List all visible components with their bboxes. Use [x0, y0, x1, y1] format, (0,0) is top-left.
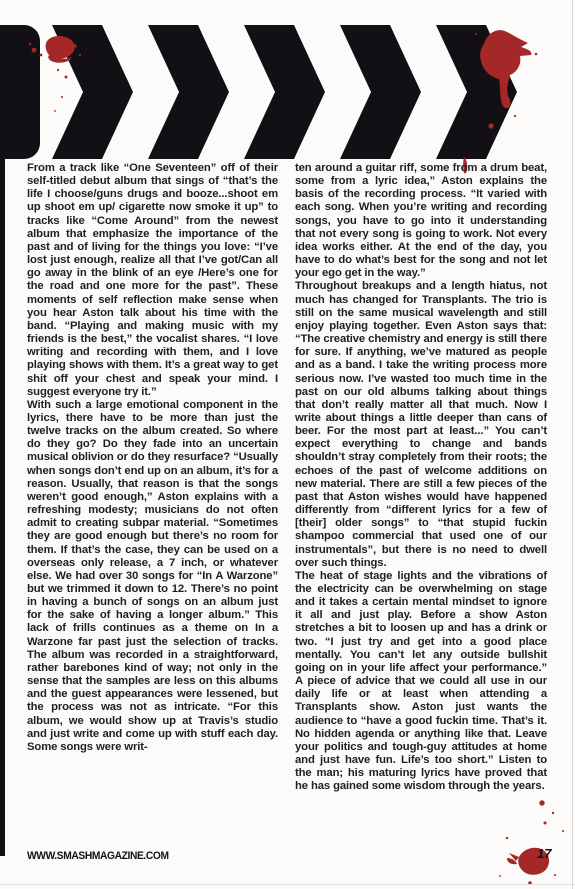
- article-paragraph: Throughout breakups and a length hiatus,…: [295, 280, 547, 569]
- blood-splatter-icon: [468, 24, 544, 136]
- blood-splatter-icon: [28, 33, 88, 118]
- article-column-left: From a track like “One Seventeen” off of…: [27, 162, 278, 754]
- article-paragraph: ten around a guitar riff, some from a dr…: [295, 162, 547, 280]
- article-column-right: ten around a guitar riff, some from a dr…: [295, 162, 547, 794]
- page-edge-line: [572, 0, 573, 889]
- article-paragraph: From a track like “One Seventeen” off of…: [27, 162, 278, 399]
- chevron-right-icon: [244, 25, 325, 159]
- article-paragraph: With such a large emotional component in…: [27, 399, 278, 754]
- article-paragraph: The heat of stage lights and the vibrati…: [295, 570, 547, 794]
- chevron-right-icon: [148, 25, 229, 159]
- website-url: WWW.SMASHMAGAZINE.COM: [27, 850, 169, 862]
- chevron-right-icon: [340, 25, 421, 159]
- page-edge-line: [0, 884, 575, 885]
- magazine-page: From a track like “One Seventeen” off of…: [0, 0, 575, 889]
- blood-splatter-page-number-icon: [495, 795, 573, 889]
- page-number: 17: [537, 846, 551, 861]
